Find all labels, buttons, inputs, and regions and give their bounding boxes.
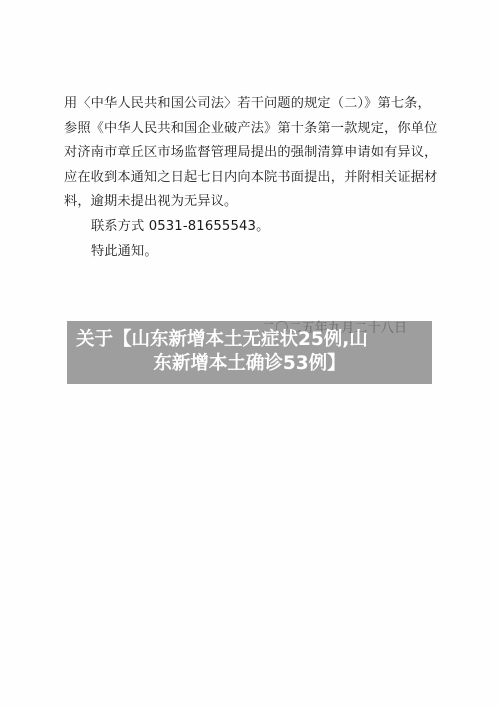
notice-body: 用〈中华人民共和国公司法〉若干问题的规定（二）》第七条， 参照《中华人民共和国企… — [64, 92, 448, 264]
overlay-title-line-1: 关于【山东新增本土无症状25例,山 — [67, 328, 432, 352]
body-line-1: 用〈中华人民共和国公司法〉若干问题的规定（二）》第七条， — [64, 92, 448, 117]
body-line-2: 参照《中华人民共和国企业破产法》第十条第一款规定，你单位 — [64, 117, 448, 142]
overlay-title-line-2: 东新增本土确诊53例】 — [67, 352, 432, 376]
body-line-3: 对济南市章丘区市场监督管理局提出的强制清算申请如有异议， — [64, 141, 448, 166]
document-page: 用〈中华人民共和国公司法〉若干问题的规定（二）》第七条， 参照《中华人民共和国企… — [0, 0, 500, 706]
closing-line: 特此通知。 — [64, 240, 448, 265]
contact-line: 联系方式 0531-81655543。 — [64, 215, 448, 240]
body-line-4: 应在收到本通知之日起七日内向本院书面提出，并附相关证据材 — [64, 166, 448, 191]
body-line-5: 料，逾期未提出视为无异议。 — [64, 190, 448, 215]
title-overlay-banner: 关于【山东新增本土无症状25例,山 东新增本土确诊53例】 — [67, 321, 432, 384]
